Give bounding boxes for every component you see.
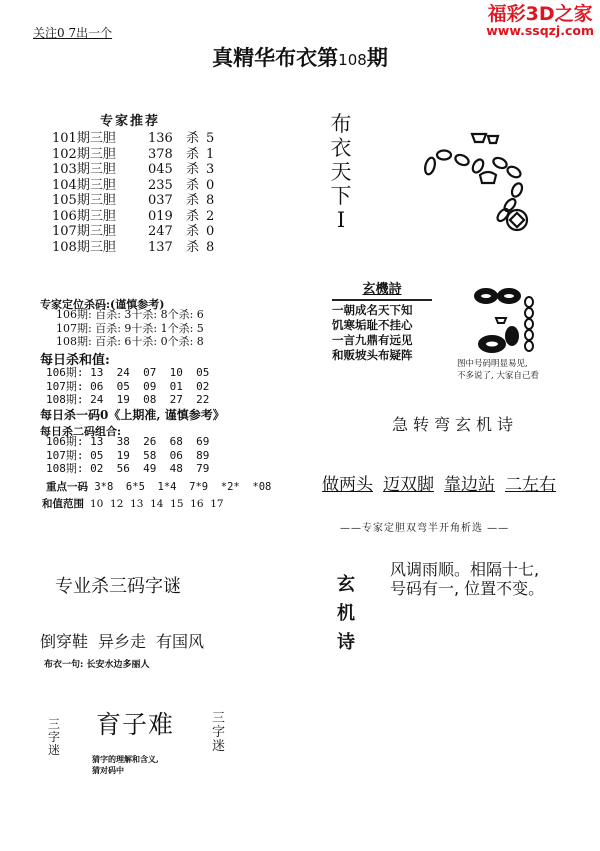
kill-two-row: 106期: 13 38 26 68 69: [46, 435, 209, 449]
vertical-char: 机: [337, 599, 355, 628]
kill-digit: 3: [206, 162, 214, 178]
position-kill-row: 108期: 百杀: 6十杀: 0个杀: 8: [56, 335, 204, 349]
expert-row: 101期三胆136杀5: [52, 131, 214, 147]
kill-label: 杀: [186, 147, 206, 163]
sum-range-values: 10 12 13 14 15 16 17: [90, 498, 224, 510]
kill-label: 杀: [186, 209, 206, 225]
kill-label: 杀: [186, 224, 206, 240]
riddle-phrase: 二左右: [505, 475, 556, 495]
expert-row: 107期三胆247杀0: [52, 224, 214, 240]
xuanji-shi-lines: 风调雨顺。相隔十七, 号码有一, 位置不变。: [390, 560, 544, 598]
vertical-char: 衣: [327, 136, 355, 160]
period: 102期三胆: [52, 147, 148, 163]
expert-pick-line: ——专家定胆双弯半开角析选 ——: [340, 519, 509, 534]
page-title: 真精华布衣第108期: [0, 42, 600, 72]
period: 103期三胆: [52, 162, 148, 178]
period: 101期三胆: [52, 131, 148, 147]
poem-line: 一言九鼎有远见: [332, 333, 432, 348]
poem-line: 饥寒垢耻不挂心: [332, 318, 432, 333]
divider: [332, 299, 432, 301]
expert-row: 104期三胆235杀0: [52, 178, 214, 194]
digits: 247: [148, 224, 186, 240]
expert-row: 106期三胆019杀2: [52, 209, 214, 225]
riddle-phrase: 靠边站: [444, 475, 495, 495]
poem-line: 和贩坡头布疑阵: [332, 348, 432, 363]
xuanji-poem-box: 玄機詩 一朝成名天下知 饥寒垢耻不挂心 一言九鼎有远见 和贩坡头布疑阵: [332, 278, 432, 363]
coin-chain-illustration: [420, 130, 530, 240]
three-char-riddle-right-label: 三 字 迷: [212, 712, 226, 754]
poem-line: 一朝成名天下知: [332, 303, 432, 318]
watermark-brand: 福彩3D之家: [486, 4, 594, 24]
focus-one: 重点一码 3*8 6*5 1*4 7*9 *2* *08: [46, 479, 271, 494]
kill-two-row: 108期: 02 56 49 48 79: [46, 462, 209, 476]
digits: 378: [148, 147, 186, 163]
xuanji-poem-lines: 一朝成名天下知 饥寒垢耻不挂心 一言九鼎有远见 和贩坡头布疑阵: [332, 303, 432, 363]
xuanji-poem-title: 玄機詩: [332, 278, 432, 297]
vertical-char: 天: [327, 160, 355, 184]
kill-digit: 1: [206, 147, 214, 163]
period: 105期三胆: [52, 193, 148, 209]
kill-label: 杀: [186, 131, 206, 147]
picture-caption: 图中号码明显易见, 不多说了, 大家自己看: [457, 358, 539, 382]
vertical-char: 下: [327, 184, 355, 208]
period: 108期三胆: [52, 240, 148, 256]
caption-line: 图中号码明显易见,: [457, 358, 539, 370]
sum-kill-row: 106期: 13 24 07 10 05: [46, 366, 209, 380]
focus-one-label: 重点一码: [46, 481, 88, 493]
sum-range: 和值范围10 12 13 14 15 16 17: [42, 496, 224, 511]
position-kill-list: 106期: 百杀: 3十杀: 8个杀: 6 107期: 百杀: 9十杀: 1个杀…: [56, 308, 204, 349]
three-char-riddle-main: 育子难: [96, 705, 174, 741]
period: 107期三胆: [52, 224, 148, 240]
vertical-char: 布: [327, 112, 355, 136]
coin-picture-illustration: [472, 286, 552, 356]
digits: 235: [148, 178, 186, 194]
riddle-phrase: 有国风: [156, 632, 204, 651]
turn-poem-title-text: 急转弯玄机诗: [310, 412, 600, 435]
digits: 037: [148, 193, 186, 209]
position-kill-row: 107期: 百杀: 9十杀: 1个杀: 5: [56, 322, 204, 336]
kill-three-riddle: 倒穿鞋异乡走有国风: [40, 629, 214, 652]
vertical-char: 迷: [212, 740, 226, 754]
expert-recommend-title: 专家推荐: [100, 110, 160, 129]
riddle-phrase: 做两头: [322, 475, 373, 495]
expert-recommend-list: 101期三胆136杀5 102期三胆378杀1 103期三胆045杀3 104期…: [52, 131, 214, 255]
riddle-phrase: 倒穿鞋: [40, 632, 88, 651]
kill-three-title: 专业杀三码字谜: [55, 572, 181, 598]
daily-sum-kill-list: 106期: 13 24 07 10 05 107期: 06 05 09 01 0…: [46, 366, 209, 407]
vertical-char: 三: [212, 712, 226, 726]
buyi-line: 布衣一句: 长安水边多丽人: [44, 657, 149, 670]
digits: 137: [148, 240, 186, 256]
three-char-riddle-left-label: 三 字 迷: [48, 718, 62, 757]
title-prefix: 真精华布衣第: [212, 46, 338, 70]
position-kill-row: 106期: 百杀: 3十杀: 8个杀: 6: [56, 308, 204, 322]
buyi-vertical-title: 布 衣 天 下 I: [327, 112, 355, 232]
period: 104期三胆: [52, 178, 148, 194]
kill-label: 杀: [186, 193, 206, 209]
riddle-phrase: 迈双脚: [383, 475, 434, 495]
xuanji-shi-vertical: 玄 机 诗: [337, 570, 355, 657]
expert-row: 102期三胆378杀1: [52, 147, 214, 163]
kill-two-row: 107期: 05 19 58 06 89: [46, 449, 209, 463]
digits: 045: [148, 162, 186, 178]
kill-digit: 2: [206, 209, 214, 225]
sum-range-label: 和值范围: [42, 498, 84, 510]
period: 106期三胆: [52, 209, 148, 225]
three-char-riddle-note: 猜字的理解和含义,猜对码中: [92, 754, 162, 776]
kill-label: 杀: [186, 162, 206, 178]
kill-label: 杀: [186, 178, 206, 194]
daily-kill-two-list: 106期: 13 38 26 68 69 107期: 05 19 58 06 8…: [46, 435, 209, 476]
watermark-url: www.ssqzj.com: [486, 24, 594, 38]
caption-line: 不多说了, 大家自己看: [457, 370, 539, 382]
sum-kill-row: 107期: 06 05 09 01 02: [46, 380, 209, 394]
digits: 019: [148, 209, 186, 225]
kill-label: 杀: [186, 240, 206, 256]
expert-row: 105期三胆037杀8: [52, 193, 214, 209]
vertical-char: I: [327, 208, 355, 232]
vertical-char: 诗: [337, 628, 355, 657]
turn-riddle: 做两头迈双脚靠边站二左右: [322, 470, 566, 495]
kill-digit: 8: [206, 193, 214, 209]
sum-kill-row: 108期: 24 19 08 27 22: [46, 393, 209, 407]
kill-digit: 0: [206, 178, 214, 194]
kill-digit: 0: [206, 224, 214, 240]
expert-row: 103期三胆045杀3: [52, 162, 214, 178]
kill-digit: 8: [206, 240, 214, 256]
poem-line: 号码有一, 位置不变。: [390, 579, 544, 598]
title-number: 108: [338, 51, 367, 69]
vertical-char: 字: [212, 726, 226, 740]
vertical-char: 玄: [337, 570, 355, 599]
poem-line: 风调雨顺。相隔十七,: [390, 560, 544, 579]
focus-one-values: 3*8 6*5 1*4 7*9 *2* *08: [94, 481, 271, 493]
expert-row: 108期三胆137杀8: [52, 240, 214, 256]
title-suffix: 期: [367, 46, 388, 70]
vertical-char: 迷: [48, 744, 62, 757]
follow-note: 关注0 7出一个: [33, 24, 112, 41]
digits: 136: [148, 131, 186, 147]
kill-digit: 5: [206, 131, 214, 147]
watermark-logo: 福彩3D之家 www.ssqzj.com: [486, 4, 594, 38]
riddle-phrase: 异乡走: [98, 632, 146, 651]
turn-poem-title: 急转弯玄机诗: [0, 412, 600, 435]
